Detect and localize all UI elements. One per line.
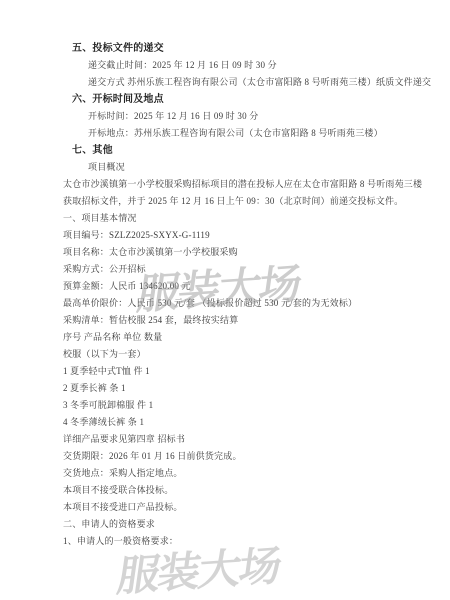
doc-line: 项目编号：SZLZ2025-SXYX-G-1119 [63, 227, 400, 244]
doc-line: 交货期限：2026 年 01 月 16 日前供货完成。 [63, 448, 400, 465]
doc-line: 最高单价限价：人民币 530 元/套 （投标报价超过 530 元/套的为无效标） [63, 295, 400, 312]
doc-line: 4 冬季薄绒长裤 条 1 [63, 414, 400, 431]
doc-line: 本项目不接受进口产品投标。 [63, 499, 400, 516]
doc-line: 序号 产品名称 单位 数量 [63, 329, 400, 346]
doc-heading: 六、开标时间及地点 [63, 91, 400, 108]
doc-line: 本项目不接受联合体投标。 [63, 482, 400, 499]
doc-line: 二、申请人的资格要求 [63, 516, 400, 533]
doc-line: 开标地点：苏州乐族工程咨询有限公司（太仓市富阳路 8 号听雨苑三楼） [63, 125, 400, 142]
doc-heading: 七、其他 [63, 142, 400, 159]
doc-line: 递交截止时间：2025 年 12 月 16 日 09 时 30 分 [63, 57, 400, 74]
doc-line: 1 夏季轻中式T恤 件 1 [63, 363, 400, 380]
doc-line: 1、申请人的一般资格要求： [63, 533, 400, 550]
document-page: 五、投标文件的递交递交截止时间：2025 年 12 月 16 日 09 时 30… [0, 0, 450, 600]
doc-line: 预算金额：人民币 134620.00 元 [63, 278, 400, 295]
doc-line: 校服（以下为一套） [63, 346, 400, 363]
doc-line: 交货地点：采购人指定地点。 [63, 465, 400, 482]
doc-line: 获取招标文件，并于 2025 年 12 月 16 日上午 09：30（北京时间）… [63, 193, 400, 210]
doc-line: 3 冬季可脱卸棉服 件 1 [63, 397, 400, 414]
doc-line: 采购方式：公开招标 [63, 261, 400, 278]
doc-line: 开标时间：2025 年 12 月 16 日 09 时 30 分 [63, 108, 400, 125]
doc-line: 项目概况 [63, 159, 400, 176]
doc-line: 递交方式 苏州乐族工程咨询有限公司（太仓市富阳路 8 号听雨苑三楼）纸质文件递交 [63, 74, 400, 91]
doc-heading: 五、投标文件的递交 [63, 40, 400, 57]
doc-line: 太仓市沙溪镇第一小学校服采购招标项目的潜在投标人应在太仓市富阳路 8 号听雨苑三… [63, 176, 400, 193]
doc-line: 2 夏季长裤 条 1 [63, 380, 400, 397]
doc-line: 采购清单：暂估校服 254 套，最终按实结算 [63, 312, 400, 329]
document-body: 五、投标文件的递交递交截止时间：2025 年 12 月 16 日 09 时 30… [63, 40, 400, 550]
doc-line: 项目名称：太仓市沙溪镇第一小学校服采购 [63, 244, 400, 261]
doc-line: 一、项目基本情况 [63, 210, 400, 227]
doc-line: 详细产品要求见第四章 招标书 [63, 431, 400, 448]
